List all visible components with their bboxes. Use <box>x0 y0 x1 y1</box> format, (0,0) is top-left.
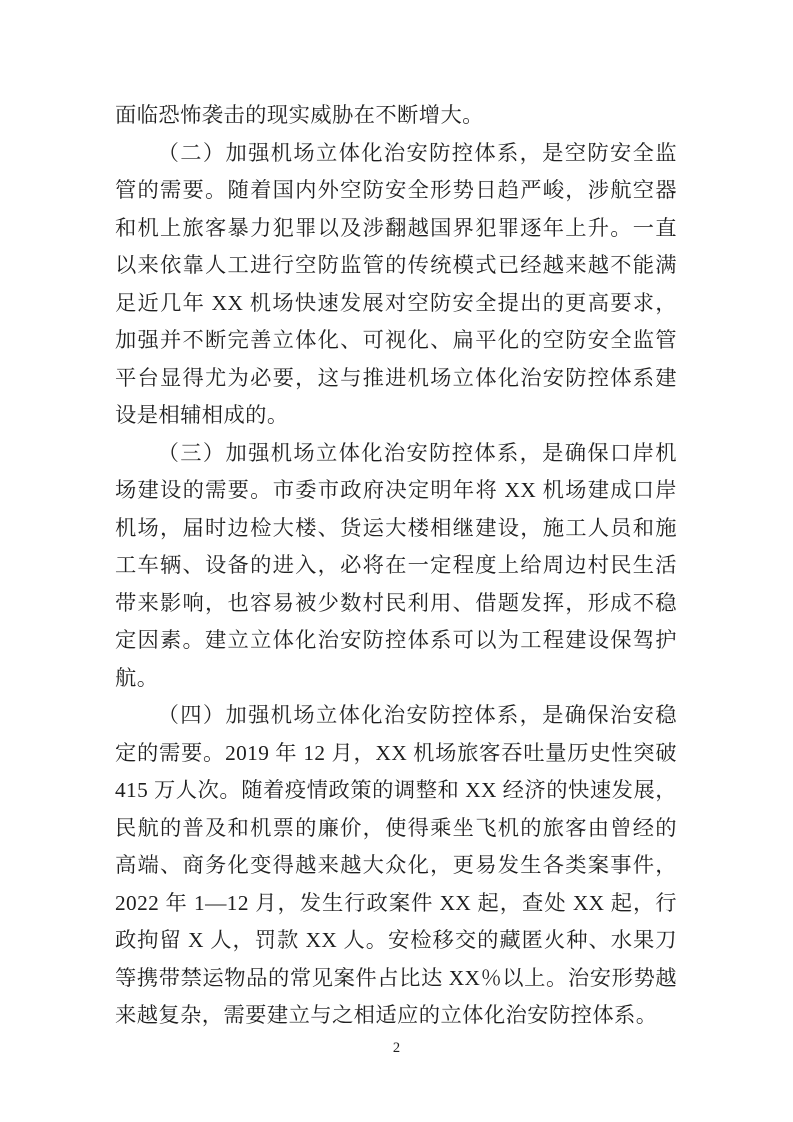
paragraph: （三）加强机场立体化治安防控体系，是确保口岸机场建设的需要。市委市政府决定明年将… <box>115 435 677 698</box>
paragraph: （四）加强机场立体化治安防控体系，是确保治安稳定的需要。2019 年 12 月，… <box>115 697 677 1035</box>
paragraph: 面临恐怖袭击的现实威胁在不断增大。 <box>115 97 677 135</box>
page-number: 2 <box>393 1040 400 1056</box>
document-body: 面临恐怖袭击的现实威胁在不断增大。（二）加强机场立体化治安防控体系，是空防安全监… <box>115 97 677 1035</box>
document-page: 面临恐怖袭击的现实威胁在不断增大。（二）加强机场立体化治安防控体系，是空防安全监… <box>0 0 793 1122</box>
paragraph: （二）加强机场立体化治安防控体系，是空防安全监管的需要。随着国内外空防安全形势日… <box>115 135 677 435</box>
page-footer: 2 <box>0 1038 793 1058</box>
